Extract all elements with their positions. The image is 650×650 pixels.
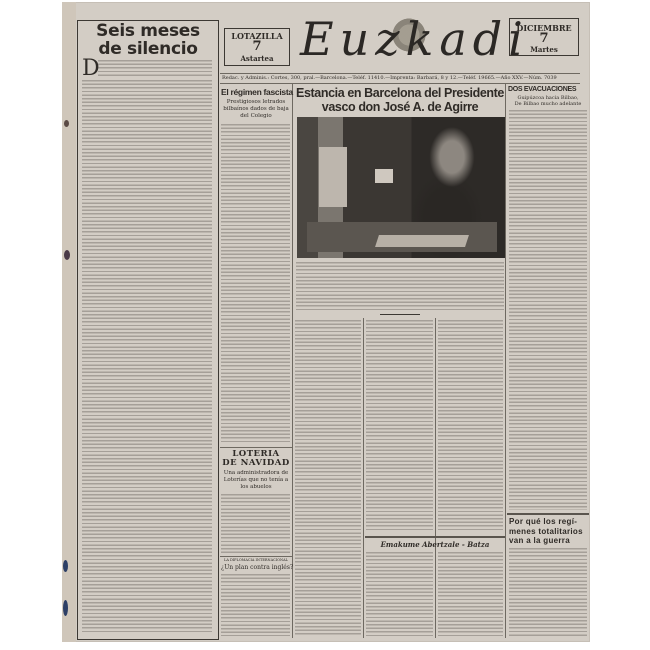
diplomacia-kicker: LA DIPLOMACIA INTERNACIONAL bbox=[221, 558, 291, 562]
loteria-subhead: Una administradora de Loterías que no te… bbox=[221, 470, 291, 491]
section-rule bbox=[365, 536, 505, 538]
masthead-rule bbox=[220, 83, 580, 84]
lamp bbox=[319, 147, 347, 207]
date-box-basque: LOTAZILLA 7 Astartea bbox=[224, 28, 290, 66]
subhead-line: del Colegio bbox=[221, 113, 291, 120]
body-text bbox=[438, 552, 503, 636]
lead-article-headline: Seis meses de silencio bbox=[80, 22, 216, 58]
regimen-subhead: Prestigiosos letrados bilbaínos dados de… bbox=[221, 99, 291, 120]
headline-line: menes totalitarios bbox=[509, 527, 589, 537]
section-rule bbox=[220, 556, 292, 557]
date-box-weekday: Martes bbox=[510, 45, 578, 54]
subhead-line: De Bilbao mucho adelante bbox=[508, 101, 588, 107]
date-box-day: 7 bbox=[510, 31, 578, 46]
stain bbox=[64, 120, 69, 127]
date-box-day: 7 bbox=[225, 39, 289, 54]
lead-article-body bbox=[82, 80, 212, 632]
loteria-body bbox=[221, 494, 290, 554]
headline-line: vasco don José A. de Agirre bbox=[294, 100, 506, 114]
emakume-headline: Emakume Abertzale - Batza bbox=[366, 540, 504, 549]
body-text bbox=[98, 60, 212, 78]
page-left-margin bbox=[62, 2, 76, 642]
headline-line: DE NAVIDAD bbox=[221, 459, 291, 468]
date-box-weekday: Astartea bbox=[225, 54, 289, 63]
diplomacia-body bbox=[221, 574, 290, 636]
body-text bbox=[366, 552, 433, 636]
stain bbox=[63, 600, 68, 616]
evacuaciones-headline: DOS EVACUACIONES bbox=[508, 86, 588, 93]
stain bbox=[64, 250, 70, 260]
president-photo bbox=[297, 117, 505, 258]
column-rule bbox=[435, 318, 436, 638]
headline-line: van a la guerra bbox=[509, 536, 589, 546]
body-text bbox=[438, 320, 503, 532]
evacuaciones-body bbox=[509, 110, 587, 510]
column-rule bbox=[292, 84, 293, 638]
regimen-headline: El régimen fascista bbox=[221, 87, 291, 97]
section-rule bbox=[220, 447, 292, 448]
column-rule bbox=[363, 318, 364, 638]
regimen-body bbox=[221, 124, 290, 444]
photo-caption-text bbox=[296, 262, 504, 310]
section-rule bbox=[380, 314, 420, 315]
stain bbox=[63, 560, 68, 572]
subhead-line: Loterías que no tenía a bbox=[221, 477, 291, 484]
diplomacia-question: ¿Un plan contra inglés? bbox=[221, 564, 291, 571]
headline-line: Seis meses bbox=[80, 22, 216, 40]
papers bbox=[375, 235, 469, 247]
headline-line: Por qué los regí- bbox=[509, 517, 589, 527]
wall-picture bbox=[375, 169, 393, 183]
date-box-spanish: DICIEMBRE 7 Martes bbox=[509, 18, 579, 56]
totalitarios-headline: Por qué los regí- menes totalitarios van… bbox=[509, 517, 589, 546]
masthead-info-line: Redac. y Adminis.: Cortes, 300, pral.—Ba… bbox=[222, 75, 580, 81]
main-headline: Estancia en Barcelona del Presidente vas… bbox=[294, 86, 506, 114]
dropcap: D bbox=[82, 58, 100, 80]
body-text bbox=[366, 320, 433, 532]
column-rule bbox=[505, 84, 506, 638]
headline-line: Estancia en Barcelona del Presidente bbox=[294, 86, 506, 100]
totalitarios-body bbox=[509, 548, 587, 636]
section-rule bbox=[507, 513, 589, 515]
subhead-line: los abuelos bbox=[221, 484, 291, 491]
evacuaciones-subhead: Guipúzcoa hacia Bilbao, De Bilbao mucho … bbox=[508, 95, 588, 107]
masthead-rule bbox=[220, 73, 580, 74]
body-text bbox=[295, 320, 361, 636]
loteria-headline: LOTERIA DE NAVIDAD bbox=[221, 450, 291, 468]
subhead-line: Prestigiosos letrados bbox=[221, 99, 291, 106]
masthead-logo: Euzkadi bbox=[300, 12, 529, 66]
subhead-line: bilbaínos dados de baja bbox=[221, 106, 291, 113]
subhead-line: Una administradora de bbox=[221, 470, 291, 477]
headline-line: de silencio bbox=[80, 40, 216, 58]
